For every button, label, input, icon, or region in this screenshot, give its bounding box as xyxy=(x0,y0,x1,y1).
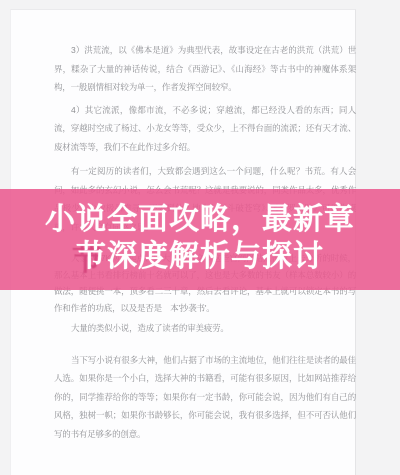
document-paragraph: 大量的类似小说，造成了读者的审美疲劳。 xyxy=(54,319,356,338)
banner-title-line-2: 节深度解析与探讨 xyxy=(0,238,400,275)
document-paragraph: 当下写小说有很多大神，他们占据了市场的主流地位，他们往往是读者的最佳人选。如果你… xyxy=(54,351,356,444)
document-paragraph: 4）其它流派，像都市流，不必多说；穿越流，都已经没人看的东西；同人流，穿越时空成… xyxy=(54,101,356,157)
banner-title: 小说全面攻略，最新章 节深度解析与探讨 xyxy=(0,189,400,275)
banner-title-line-1: 小说全面攻略，最新章 xyxy=(0,201,400,238)
screenshot-stage: 3）洪荒流，以《佛本是道》为典型代表，故事设定在古老的洪荒（洪荒）世界，糅杂了大… xyxy=(0,0,400,475)
document-paragraph: 3）洪荒流，以《佛本是道》为典型代表，故事设定在古老的洪荒（洪荒）世界，糅杂了大… xyxy=(54,41,356,97)
title-banner-overlay: 节 小说全面攻略，最新章 节深度解析与探讨 xyxy=(0,189,400,290)
